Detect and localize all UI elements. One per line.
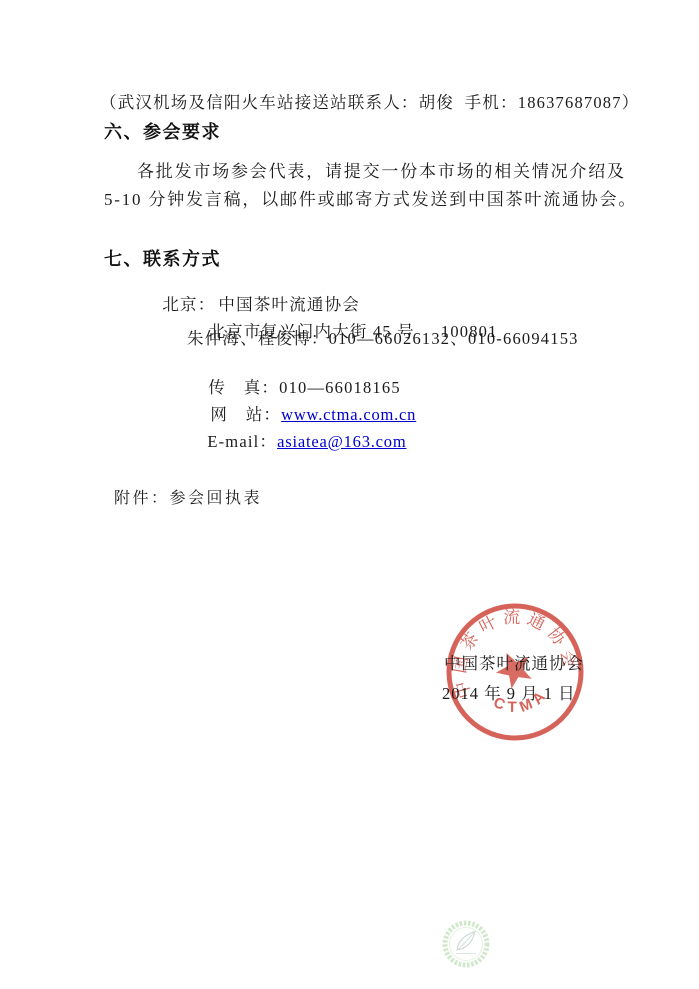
leaf-badge-icon: [441, 919, 491, 969]
eco-watermark: [441, 919, 491, 969]
pickup-note: （武汉机场及信阳火车站接送站联系人：胡俊 手机：18637687087）: [100, 93, 639, 114]
contact-row-phones: 朱仲海、程俊博：010—66026132、010-66094153: [187, 329, 579, 350]
contact-row-email: E-mail：asiatea@163.com: [186, 411, 407, 473]
section-six-heading: 六、参会要求: [104, 121, 221, 144]
section-seven-heading: 七、联系方式: [104, 248, 221, 271]
signature-organization: 中国茶叶流通协会: [444, 654, 584, 675]
watermark-inner-ring: [450, 928, 483, 961]
email-link[interactable]: asiatea@163.com: [277, 432, 406, 451]
signature-date: 2014 年 9 月 1 日: [442, 684, 576, 705]
section-six-paragraph-line1: 各批发市场参会代表，请提交一份本市场的相关情况介绍及: [137, 161, 626, 182]
section-six-paragraph-line2: 5-10 分钟发言稿，以邮件或邮寄方式发送到中国茶叶流通协会。: [104, 189, 637, 210]
watermark-ring: [445, 923, 487, 965]
document-page: （武汉机场及信阳火车站接送站联系人：胡俊 手机：18637687087） 六、参…: [0, 0, 699, 989]
attachment-note: 附件：参会回执表: [114, 489, 262, 509]
email-label: E-mail：: [207, 432, 277, 451]
